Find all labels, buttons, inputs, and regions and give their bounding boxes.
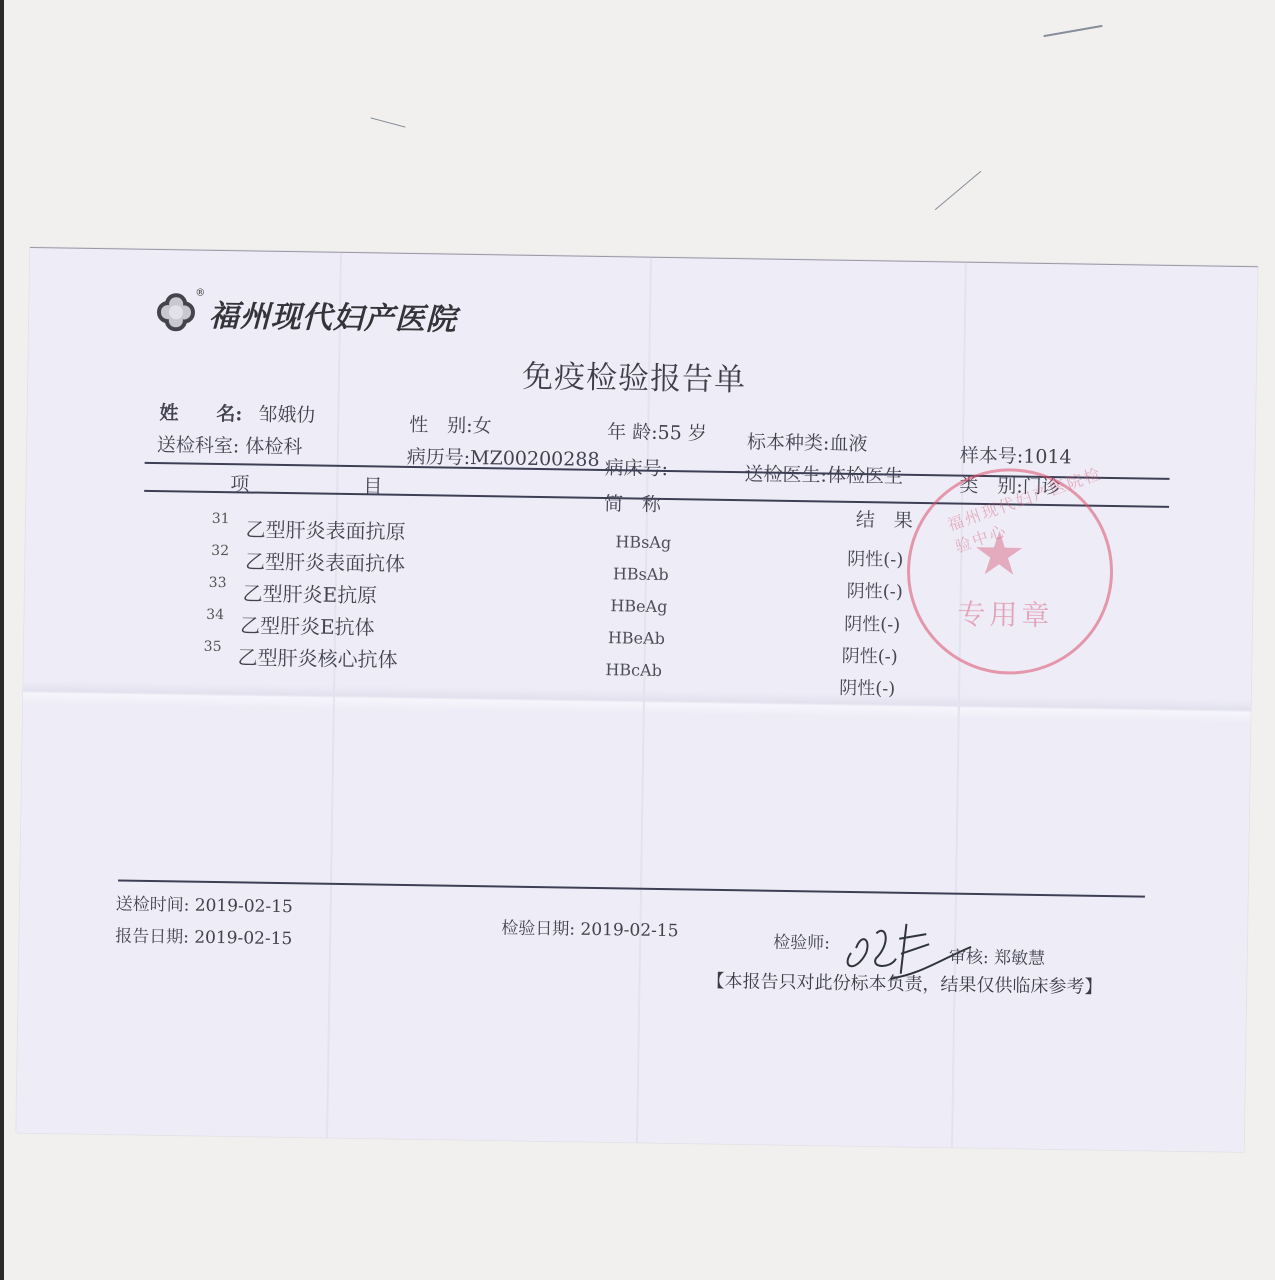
scan-scratch bbox=[1043, 25, 1102, 37]
test-item: 乙型肝炎表面抗体 bbox=[245, 545, 405, 577]
reviewer-field: 审核: 郑敏慧 bbox=[949, 943, 1046, 970]
department-label: 送检科室: bbox=[157, 434, 240, 457]
department-field: 送检科室: 体检科 bbox=[157, 430, 303, 459]
bed-no-field: 病床号: bbox=[604, 453, 668, 481]
table-row: 31 乙型肝炎表面抗原 HBsAg 阴性(-) bbox=[30, 248, 1258, 267]
sample-no-field: 样本号:1014 bbox=[960, 441, 1072, 470]
column-header-result: 结 果 bbox=[856, 505, 913, 533]
age-field: 年 龄:55 岁 bbox=[607, 417, 707, 446]
gender-label: 性 别: bbox=[409, 414, 473, 437]
results-table: 31 乙型肝炎表面抗原 HBsAg 阴性(-) 32 乙型肝炎表面抗体 HBsA… bbox=[30, 248, 1258, 267]
table-row: 32 乙型肝炎表面抗体 HBsAb 阴性(-) bbox=[30, 248, 1258, 267]
age-value: 55 岁 bbox=[657, 422, 707, 445]
patient-name-value: 邹娥仂 bbox=[258, 404, 315, 427]
test-date-label: 检验日期: bbox=[501, 918, 575, 939]
department-value: 体检科 bbox=[245, 435, 302, 458]
doctor-value: 体检医生 bbox=[827, 465, 903, 488]
test-abbr: HBsAb bbox=[613, 564, 669, 584]
paper-fold bbox=[23, 680, 1251, 723]
row-number: 32 bbox=[211, 543, 229, 559]
hospital-name: 福州现代妇产医院 bbox=[209, 291, 458, 339]
test-date-value: 2019-02-15 bbox=[580, 920, 678, 942]
column-header-abbr: 简 称 bbox=[604, 489, 661, 517]
table-row: 34 乙型肝炎E抗体 HBeAb 阴性(-) bbox=[30, 248, 1258, 267]
sample-no-label: 样本号: bbox=[960, 445, 1024, 468]
test-date-field: 检验日期: 2019-02-15 bbox=[501, 913, 679, 941]
quatrefoil-logo-icon: ® bbox=[155, 291, 198, 334]
test-item: 乙型肝炎核心抗体 bbox=[237, 641, 397, 673]
test-result: 阴性(-) bbox=[841, 642, 898, 669]
submit-time-value: 2019-02-15 bbox=[195, 896, 293, 918]
table-row: 33 乙型肝炎E抗原 HBeAg 阴性(-) bbox=[30, 248, 1258, 267]
row-number: 35 bbox=[204, 639, 222, 655]
reviewer-value: 郑敏慧 bbox=[994, 948, 1045, 969]
test-abbr: HBeAg bbox=[610, 596, 667, 616]
reviewer-label: 审核: bbox=[949, 948, 989, 969]
gender-field: 性 别:女 bbox=[409, 410, 492, 438]
test-result: 阴性(-) bbox=[847, 545, 904, 572]
report-title: 免疫检验报告单 bbox=[522, 351, 747, 400]
report-date-value: 2019-02-15 bbox=[194, 928, 292, 950]
disclaimer-notice: 【本报告只对此份标本负责，结果仅供临床参考】 bbox=[706, 967, 1102, 999]
test-abbr: HBeAb bbox=[608, 628, 665, 648]
test-result: 阴性(-) bbox=[844, 610, 901, 637]
tester-field: 检验师: bbox=[773, 928, 830, 954]
test-item: 乙型肝炎E抗原 bbox=[242, 577, 377, 608]
specimen-type-field: 标本种类:血液 bbox=[747, 427, 868, 456]
column-header-item: 项 目 bbox=[230, 469, 382, 498]
hospital-header: ® 福州现代妇产医院 bbox=[155, 290, 458, 339]
star-icon: ★ bbox=[972, 519, 1027, 590]
row-number: 33 bbox=[209, 575, 227, 591]
age-label: 年 龄: bbox=[607, 421, 658, 444]
test-abbr: HBsAg bbox=[615, 532, 671, 552]
test-item: 乙型肝炎表面抗原 bbox=[245, 513, 405, 545]
patient-name-field: 姓 名: 邹娥仂 bbox=[159, 398, 315, 427]
specimen-type-value: 血液 bbox=[829, 433, 867, 456]
doctor-label: 送检医生: bbox=[744, 463, 827, 486]
registered-mark: ® bbox=[195, 288, 205, 299]
table-row: 35 乙型肝炎核心抗体 HBcAb 阴性(-) bbox=[30, 248, 1258, 267]
report-date-field: 报告日期: 2019-02-15 bbox=[115, 921, 293, 949]
sample-no-value: 1014 bbox=[1023, 446, 1072, 469]
scan-scratch bbox=[370, 117, 405, 127]
patient-name-label: 姓 名: bbox=[159, 402, 242, 425]
submit-time-label: 送检时间: bbox=[116, 894, 190, 915]
scan-scratch bbox=[935, 171, 982, 210]
official-seal-stamp: 福州现代妇产医院检验中心 ★ 专用章 bbox=[905, 467, 1114, 676]
report-date-label: 报告日期: bbox=[115, 926, 189, 947]
report-sheet: ® 福州现代妇产医院 免疫检验报告单 姓 名: 邹娥仂 性 别:女 年 龄:55… bbox=[16, 247, 1258, 1152]
test-result: 阴性(-) bbox=[847, 577, 904, 604]
seal-bottom-text: 专用章 bbox=[957, 593, 1054, 635]
tester-label: 检验师: bbox=[773, 933, 830, 954]
test-abbr: HBcAb bbox=[605, 660, 662, 680]
test-result: 阴性(-) bbox=[839, 674, 896, 701]
submit-time-field: 送检时间: 2019-02-15 bbox=[116, 889, 294, 917]
row-number: 34 bbox=[206, 607, 224, 623]
test-item: 乙型肝炎E抗体 bbox=[240, 609, 375, 640]
scanner-edge bbox=[0, 0, 4, 1280]
gender-value: 女 bbox=[472, 415, 491, 437]
row-number: 31 bbox=[212, 511, 230, 527]
specimen-type-label: 标本种类: bbox=[747, 431, 830, 454]
